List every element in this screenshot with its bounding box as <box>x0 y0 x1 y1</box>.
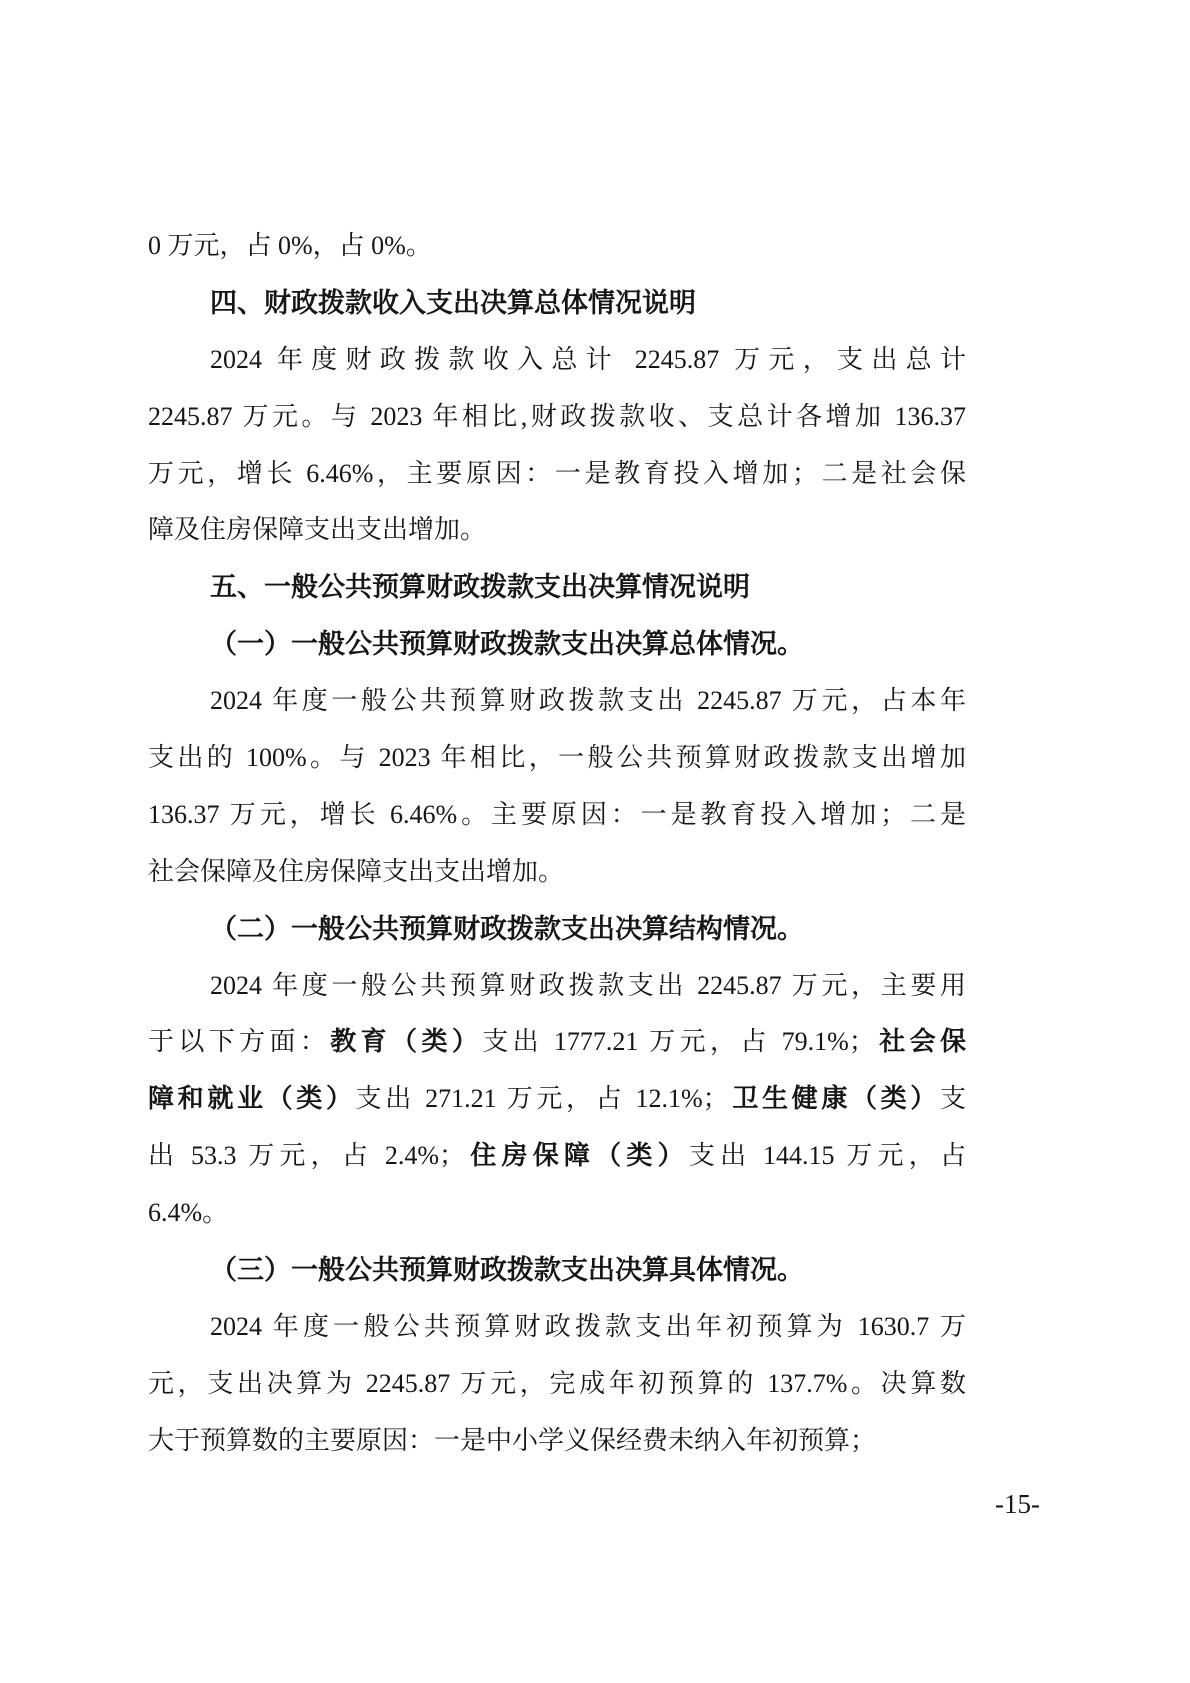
text-line: 出 53.3 万元，占 2.4%；住房保障（类）支出 144.15 万元，占 <box>148 1128 966 1185</box>
emphasis-run: 教育（类） <box>330 1027 482 1057</box>
text-line: 万元，增长 6.46%，主要原因：一是教育投入增加；二是社会保 <box>148 446 966 503</box>
text-run: 支出 1777.21 万元，占 79.1%； <box>482 1027 875 1056</box>
text-line: 2245.87 万元。与 2023 年相比,财政拨款收、支总计各增加 136.3… <box>148 389 966 446</box>
text-line: 社会保障及住房保障支出支出增加。 <box>148 844 966 901</box>
emphasis-run: （二）一般公共预算财政拨款支出决算结构情况。 <box>210 914 804 945</box>
text-run: 元，支出决算为 2245.87 万元，完成年初预算的 137.7%。决算数 <box>148 1369 966 1398</box>
heading-line: （二）一般公共预算财政拨款支出决算结构情况。 <box>148 901 966 958</box>
page-number: -15- <box>995 1488 1040 1520</box>
heading-line: 五、一般公共预算财政拨款支出决算情况说明 <box>148 559 966 616</box>
text-run: 6.4%。 <box>148 1198 228 1227</box>
text-line: 元，支出决算为 2245.87 万元，完成年初预算的 137.7%。决算数 <box>148 1356 966 1413</box>
text-line: 136.37 万元，增长 6.46%。主要原因：一是教育投入增加；二是 <box>148 787 966 844</box>
document-body: 0 万元，占 0%，占 0%。四、财政拨款收入支出决算总体情况说明2024 年度… <box>148 218 966 1470</box>
text-run: 2024 年度一般公共预算财政拨款支出年初预算为 1630.7 万 <box>210 1312 966 1341</box>
text-line: 0 万元，占 0%，占 0%。 <box>148 218 966 275</box>
emphasis-run: 住房保障（类） <box>465 1141 689 1171</box>
text-run: 社会保障及住房保障支出支出增加。 <box>148 857 564 886</box>
heading-line: （一）一般公共预算财政拨款支出决算总体情况。 <box>148 616 966 673</box>
text-run: 2024 年度一般公共预算财政拨款支出 2245.87 万元，占本年 <box>210 686 966 715</box>
text-run: 2024 年度一般公共预算财政拨款支出 2245.87 万元，主要用 <box>210 971 966 1000</box>
text-line: 障和就业（类）支出 271.21 万元，占 12.1%；卫生健康（类）支 <box>148 1071 966 1128</box>
text-line: 2024 年度一般公共预算财政拨款支出年初预算为 1630.7 万 <box>148 1299 966 1356</box>
heading-line: 四、财政拨款收入支出决算总体情况说明 <box>148 275 966 332</box>
text-line: 障及住房保障支出支出增加。 <box>148 502 966 559</box>
text-run: 136.37 万元，增长 6.46%。主要原因：一是教育投入增加；二是 <box>148 800 966 829</box>
emphasis-run: （一）一般公共预算财政拨款支出决算总体情况。 <box>210 629 804 660</box>
text-run: 支出的 100%。与 2023 年相比，一般公共预算财政拨款支出增加 <box>148 743 966 772</box>
text-line: 6.4%。 <box>148 1185 966 1242</box>
document-page: 0 万元，占 0%，占 0%。四、财政拨款收入支出决算总体情况说明2024 年度… <box>0 0 1190 1683</box>
text-run: 2245.87 万元。与 2023 年相比,财政拨款收、支总计各增加 136.3… <box>148 402 966 431</box>
text-line: 2024 年度财政拨款收入总计 2245.87 万元，支出总计 <box>148 332 966 389</box>
text-line: 于以下方面：教育（类）支出 1777.21 万元，占 79.1%；社会保 <box>148 1014 966 1071</box>
text-line: 大于预算数的主要原因：一是中小学义保经费未纳入年初预算； <box>148 1413 966 1470</box>
emphasis-run: 社会保 <box>875 1027 966 1057</box>
text-run: 0 万元，占 0%，占 0%。 <box>148 231 432 260</box>
emphasis-run: 卫生健康（类） <box>729 1084 940 1114</box>
text-line: 2024 年度一般公共预算财政拨款支出 2245.87 万元，占本年 <box>148 673 966 730</box>
emphasis-run: 五、一般公共预算财政拨款支出决算情况说明 <box>210 572 750 603</box>
heading-line: （三）一般公共预算财政拨款支出决算具体情况。 <box>148 1242 966 1299</box>
text-line: 2024 年度一般公共预算财政拨款支出 2245.87 万元，主要用 <box>148 958 966 1015</box>
text-run: 障及住房保障支出支出增加。 <box>148 515 486 544</box>
emphasis-run: 四、财政拨款收入支出决算总体情况说明 <box>210 288 696 319</box>
text-run: 支 <box>940 1084 966 1113</box>
text-run: 大于预算数的主要原因：一是中小学义保经费未纳入年初预算； <box>148 1426 876 1455</box>
text-run: 2024 年度财政拨款收入总计 2245.87 万元，支出总计 <box>210 345 966 374</box>
text-run: 出 53.3 万元，占 2.4%； <box>148 1141 465 1170</box>
emphasis-run: 障和就业（类） <box>148 1084 356 1114</box>
text-run: 万元，增长 6.46%，主要原因：一是教育投入增加；二是社会保 <box>148 459 966 488</box>
text-run: 支出 144.15 万元，占 <box>689 1141 966 1170</box>
text-run: 支出 271.21 万元，占 12.1%； <box>356 1084 729 1113</box>
text-line: 支出的 100%。与 2023 年相比，一般公共预算财政拨款支出增加 <box>148 730 966 787</box>
emphasis-run: （三）一般公共预算财政拨款支出决算具体情况。 <box>210 1255 804 1286</box>
text-run: 于以下方面： <box>148 1027 330 1056</box>
